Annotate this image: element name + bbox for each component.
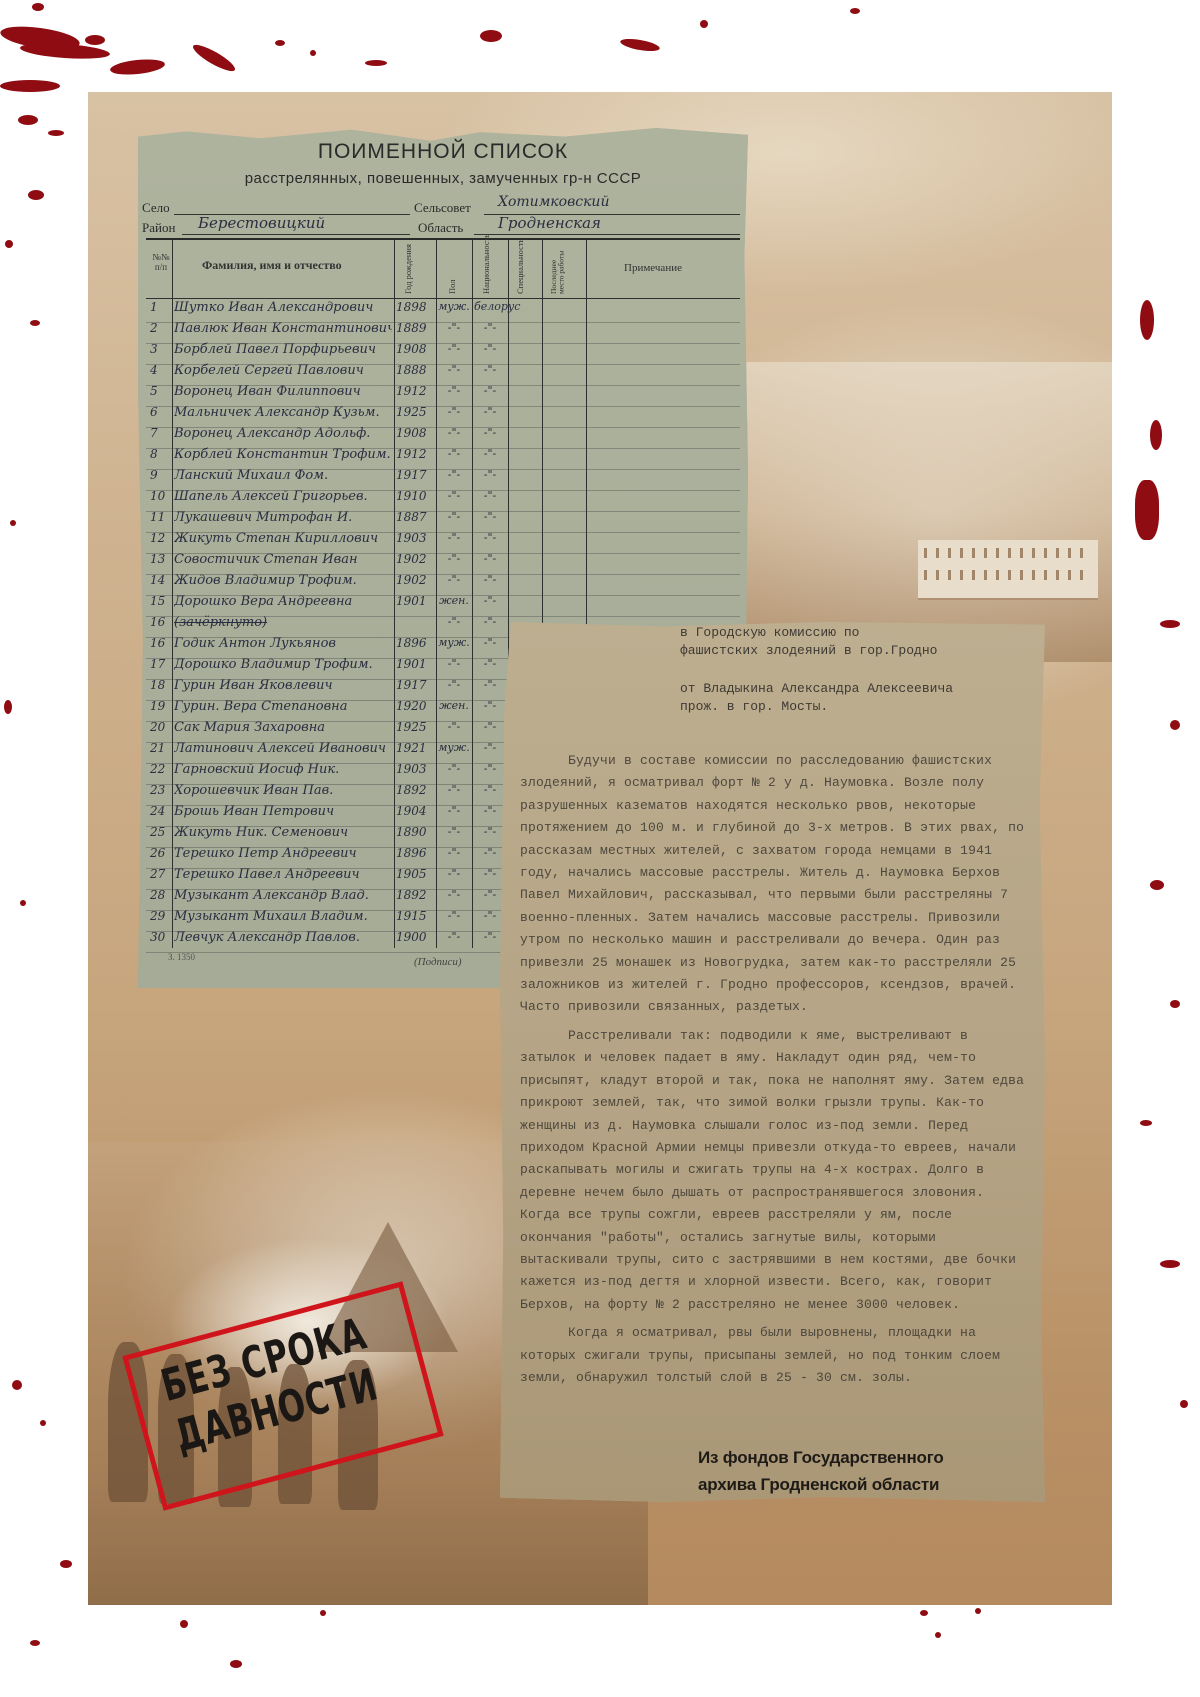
cell-nat: -"- <box>474 489 506 502</box>
cell-name: Брошь Иван Петрович <box>174 804 392 819</box>
cell-num: 6 <box>150 405 172 419</box>
cell-year: 1912 <box>396 447 434 461</box>
cell-year: 1921 <box>396 741 434 755</box>
building-silhouette <box>918 540 1098 600</box>
cell-sex: муж. <box>438 300 470 313</box>
cell-nat: -"- <box>474 342 506 355</box>
cell-year: 1902 <box>396 573 434 587</box>
col-sex: Пол <box>448 244 457 294</box>
table-row: 10Шапель Алексей Григорьев.1910-"--"- <box>146 489 740 512</box>
cell-name: Мальничек Александр Кузьм. <box>174 405 392 420</box>
cell-year: 1900 <box>396 930 434 944</box>
cell-year: 1896 <box>396 636 434 650</box>
typed-heading-line: от Владыкина Александра Алексеевича <box>680 680 953 697</box>
cell-sex: -"- <box>438 783 470 796</box>
cell-name: Совостичик Степан Иван <box>174 552 392 567</box>
col-num: №№ п/п <box>150 252 172 272</box>
cell-name: Павлюк Иван Константинович <box>174 321 392 336</box>
cell-num: 4 <box>150 363 172 377</box>
cell-year: 1912 <box>396 384 434 398</box>
col-last-job: Последнее место работы <box>550 244 565 294</box>
cell-nat: -"- <box>474 783 506 796</box>
cell-name: Терешко Петр Андреевич <box>174 846 392 861</box>
cell-nat: -"- <box>474 426 506 439</box>
cell-year: 1905 <box>396 867 434 881</box>
cell-nat: -"- <box>474 447 506 460</box>
cell-nat: -"- <box>474 468 506 481</box>
cell-nat: -"- <box>474 699 506 712</box>
cell-year: 1910 <box>396 489 434 503</box>
cell-num: 21 <box>150 741 172 755</box>
cell-year: 1892 <box>396 888 434 902</box>
selo-label: Село <box>142 200 170 216</box>
cell-name: Корбелей Сергей Павлович <box>174 363 392 378</box>
table-header: №№ п/п Фамилия, имя и отчество Год рожде… <box>146 240 740 299</box>
cell-year: 1925 <box>396 720 434 734</box>
typed-paragraph: Будучи в составе комиссии по расследован… <box>520 750 1029 1019</box>
cell-year: 1901 <box>396 657 434 671</box>
cell-name: Музыкант Александр Влад. <box>174 888 392 903</box>
table-row: 9Ланский Михаил Фом.1917-"--"- <box>146 468 740 491</box>
selsovet-value: Хотимковский <box>498 194 609 210</box>
cell-year: 1892 <box>396 783 434 797</box>
cell-nat: -"- <box>474 510 506 523</box>
cell-name: Сак Мария Захаровна <box>174 720 392 735</box>
cell-year: 1888 <box>396 363 434 377</box>
cell-name: Корблей Константин Трофим. <box>174 447 392 462</box>
raion-label: Район <box>142 220 175 236</box>
cell-num: 22 <box>150 762 172 776</box>
cell-nat: -"- <box>474 825 506 838</box>
signature-label: (Подписи) <box>414 956 462 968</box>
cell-sex: муж. <box>438 741 470 754</box>
cell-year: 1903 <box>396 762 434 776</box>
cell-sex: жен. <box>438 594 470 607</box>
cell-nat: -"- <box>474 594 506 607</box>
cell-year: 1915 <box>396 909 434 923</box>
cell-sex: -"- <box>438 342 470 355</box>
cell-name: Шапель Алексей Григорьев. <box>174 489 392 504</box>
cell-sex: -"- <box>438 825 470 838</box>
cell-num: 17 <box>150 657 172 671</box>
selsovet-label: Сельсовет <box>414 200 471 216</box>
cell-name: Гарновский Иосиф Ник. <box>174 762 392 777</box>
cell-name: Шутко Иван Александрович <box>174 300 392 315</box>
cell-year: 1902 <box>396 552 434 566</box>
cell-sex: -"- <box>438 426 470 439</box>
cell-sex: -"- <box>438 468 470 481</box>
cell-sex: -"- <box>438 930 470 943</box>
table-row: 2Павлюк Иван Константинович1889-"--"- <box>146 321 740 344</box>
cell-name: Музыкант Михаил Владим. <box>174 909 392 924</box>
cell-sex: -"- <box>438 510 470 523</box>
typed-paragraph: Расстреливали так: подводили к яме, выст… <box>520 1025 1029 1316</box>
cell-name: Дорошко Вера Андреевна <box>174 594 392 609</box>
photo-fort-building <box>728 362 1112 662</box>
cell-sex: -"- <box>438 804 470 817</box>
typed-heading-line: в Городскую комиссию по <box>680 624 859 641</box>
cell-sex: -"- <box>438 867 470 880</box>
table-row: 3Борблей Павел Порфирьевич1908-"--"- <box>146 342 740 365</box>
col-nationality: Национальность <box>482 244 491 294</box>
cell-name: Жидов Владимир Трофим. <box>174 573 392 588</box>
cell-year: 1904 <box>396 804 434 818</box>
col-year: Год рождения <box>404 244 413 294</box>
cell-num: 23 <box>150 783 172 797</box>
cell-name: Воронец Александр Адольф. <box>174 426 392 441</box>
cell-num: 25 <box>150 825 172 839</box>
cell-nat: -"- <box>474 678 506 691</box>
cell-name: Ланский Михаил Фом. <box>174 468 392 483</box>
table-row: 8Корблей Константин Трофим.1912-"--"- <box>146 447 740 470</box>
cell-name: Гурин. Вера Степановна <box>174 699 392 714</box>
cell-sex: -"- <box>438 888 470 901</box>
cell-year: 1887 <box>396 510 434 524</box>
table-row: 14Жидов Владимир Трофим.1902-"--"- <box>146 573 740 596</box>
cell-name: Терешко Павел Андреевич <box>174 867 392 882</box>
cell-sex: -"- <box>438 846 470 859</box>
cell-sex: -"- <box>438 657 470 670</box>
table-row: 13Совостичик Степан Иван1902-"--"- <box>146 552 740 575</box>
typed-heading-line: прож. в гор. Мосты. <box>680 698 828 715</box>
cell-nat: -"- <box>474 636 506 649</box>
cell-num: 29 <box>150 909 172 923</box>
archive-collage-card: ПОИМЕННОЙ СПИСОК расстрелянных, повешенн… <box>88 92 1112 1605</box>
table-row: 4Корбелей Сергей Павлович1888-"--"- <box>146 363 740 386</box>
typed-paragraph: Когда я осматривал, рвы были выровнены, … <box>520 1322 1029 1389</box>
cell-num: 14 <box>150 573 172 587</box>
cell-nat: -"- <box>474 615 506 628</box>
cell-sex: -"- <box>438 615 470 628</box>
cell-num: 11 <box>150 510 172 524</box>
cell-sex: жен. <box>438 699 470 712</box>
cell-nat: -"- <box>474 405 506 418</box>
cell-sex: -"- <box>438 363 470 376</box>
typed-body: Будучи в составе комиссии по расследован… <box>520 750 1029 1389</box>
cell-name: Жикуть Ник. Семенович <box>174 825 392 840</box>
cell-sex: муж. <box>438 636 470 649</box>
cell-num: 20 <box>150 720 172 734</box>
typed-heading-line: фашистских злодеяний в гор.Гродно <box>680 642 937 659</box>
cell-nat: -"- <box>474 363 506 376</box>
cell-year: 1917 <box>396 678 434 692</box>
col-note: Примечание <box>624 262 682 274</box>
cell-num: 26 <box>150 846 172 860</box>
cell-nat: белорус <box>474 300 506 313</box>
cell-name: Гурин Иван Яковлевич <box>174 678 392 693</box>
cell-nat: -"- <box>474 384 506 397</box>
oblast-value: Гродненская <box>498 214 601 232</box>
cell-num: 16 <box>150 615 172 629</box>
cell-year: 1898 <box>396 300 434 314</box>
cell-sex: -"- <box>438 552 470 565</box>
cell-num: 8 <box>150 447 172 461</box>
table-row: 7Воронец Александр Адольф.1908-"--"- <box>146 426 740 449</box>
cell-sex: -"- <box>438 909 470 922</box>
cell-num: 3 <box>150 342 172 356</box>
cell-num: 18 <box>150 678 172 692</box>
cell-year: 1890 <box>396 825 434 839</box>
cell-sex: -"- <box>438 321 470 334</box>
cell-year: 1925 <box>396 405 434 419</box>
cell-year: 1896 <box>396 846 434 860</box>
cell-num: 27 <box>150 867 172 881</box>
caption-line-2: архива Гродненской области <box>698 1471 1038 1498</box>
cell-year: 1901 <box>396 594 434 608</box>
cell-sex: -"- <box>438 573 470 586</box>
table-row: 11Лукашевич Митрофан И.1887-"--"- <box>146 510 740 533</box>
caption-line-1: Из фондов Государственного <box>698 1444 1038 1471</box>
form-subtitle: расстрелянных, повешенных, замученных гр… <box>138 170 748 187</box>
cell-year: 1920 <box>396 699 434 713</box>
cell-year: 1903 <box>396 531 434 545</box>
cell-year: 1889 <box>396 321 434 335</box>
cell-nat: -"- <box>474 657 506 670</box>
col-specialty: Специальность <box>516 244 525 294</box>
cell-num: 16 <box>150 636 172 650</box>
cell-sex: -"- <box>438 405 470 418</box>
table-row: 5Воронец Иван Филиппович1912-"--"- <box>146 384 740 407</box>
cell-num: 12 <box>150 531 172 545</box>
form-code: З. 1350 <box>168 952 195 962</box>
cell-nat: -"- <box>474 846 506 859</box>
cell-num: 2 <box>150 321 172 335</box>
cell-nat: -"- <box>474 741 506 754</box>
cell-nat: -"- <box>474 888 506 901</box>
col-name: Фамилия, имя и отчество <box>202 258 342 273</box>
cell-num: 15 <box>150 594 172 608</box>
table-row: 12Жикуть Степан Кириллович1903-"--"- <box>146 531 740 554</box>
cell-sex: -"- <box>438 489 470 502</box>
cell-name: Борблей Павел Порфирьевич <box>174 342 392 357</box>
cell-num: 28 <box>150 888 172 902</box>
cell-num: 30 <box>150 930 172 944</box>
cell-num: 10 <box>150 489 172 503</box>
cell-name: Левчук Александр Павлов. <box>174 930 392 945</box>
raion-value: Берестовицкий <box>198 214 325 232</box>
cell-num: 13 <box>150 552 172 566</box>
cell-sex: -"- <box>438 720 470 733</box>
cell-year: 1917 <box>396 468 434 482</box>
cell-year: 1908 <box>396 342 434 356</box>
cell-nat: -"- <box>474 573 506 586</box>
cell-num: 1 <box>150 300 172 314</box>
cell-sex: -"- <box>438 531 470 544</box>
cell-nat: -"- <box>474 720 506 733</box>
cell-name: Воронец Иван Филиппович <box>174 384 392 399</box>
cell-name: (зачёркнуто) <box>174 615 392 630</box>
cell-num: 5 <box>150 384 172 398</box>
cell-name: Лукашевич Митрофан И. <box>174 510 392 525</box>
cell-num: 9 <box>150 468 172 482</box>
cell-year: 1908 <box>396 426 434 440</box>
cell-nat: -"- <box>474 762 506 775</box>
cell-num: 24 <box>150 804 172 818</box>
table-row: 6Мальничек Александр Кузьм.1925-"--"- <box>146 405 740 428</box>
oblast-label: Область <box>418 220 463 236</box>
cell-sex: -"- <box>438 762 470 775</box>
cell-name: Жикуть Степан Кириллович <box>174 531 392 546</box>
cell-num: 7 <box>150 426 172 440</box>
cell-name: Латинович Алексей Иванович <box>174 741 392 756</box>
form-title: ПОИМЕННОЙ СПИСОК <box>138 140 748 164</box>
cell-nat: -"- <box>474 321 506 334</box>
cell-nat: -"- <box>474 552 506 565</box>
cell-sex: -"- <box>438 678 470 691</box>
cell-name: Годик Антон Лукьянов <box>174 636 392 651</box>
cell-nat: -"- <box>474 804 506 817</box>
cell-sex: -"- <box>438 384 470 397</box>
table-row: 1Шутко Иван Александрович1898муж.белорус <box>146 300 740 323</box>
cell-nat: -"- <box>474 867 506 880</box>
cell-num: 19 <box>150 699 172 713</box>
table-row: 15Дорошко Вера Андреевна1901жен.-"- <box>146 594 740 617</box>
cell-sex: -"- <box>438 447 470 460</box>
typed-testimony-document: в Городскую комиссию по фашистских злоде… <box>500 622 1045 1502</box>
cell-name: Дорошко Владимир Трофим. <box>174 657 392 672</box>
cell-name: Хорошевчик Иван Пав. <box>174 783 392 798</box>
archive-caption: Из фондов Государственного архива Гродне… <box>698 1444 1038 1498</box>
cell-nat: -"- <box>474 531 506 544</box>
